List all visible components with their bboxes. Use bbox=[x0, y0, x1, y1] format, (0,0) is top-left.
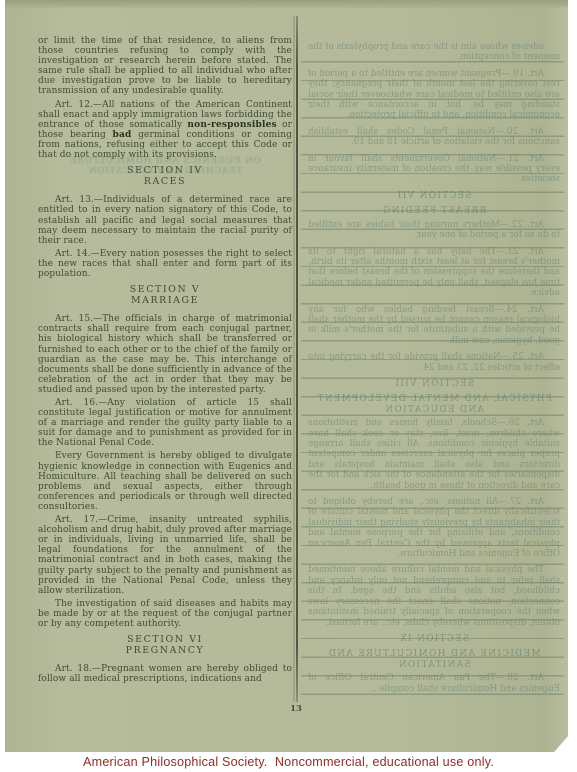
bleed-heading: MEDICINE AND HOMICULTURE AND SANITATION bbox=[308, 649, 560, 670]
paragraph-art13: Art. 13.—Individuals of a determined rac… bbox=[38, 195, 292, 245]
bleed-paragraph: Art. 26.—Schools, family homes and insti… bbox=[308, 418, 560, 491]
bleed-heading: BREAST FEEDING bbox=[308, 206, 560, 216]
bleed-paragraph: Art. 20.—National Penal Codes shall esta… bbox=[308, 127, 560, 148]
art12-bold-bad: bad bbox=[113, 130, 132, 140]
paragraph-art16: Art. 16.—Any violation of article 15 sha… bbox=[38, 398, 292, 448]
left-text-column: or limit the time of that residence, to … bbox=[38, 36, 292, 687]
section6-title: PREGNANCY bbox=[38, 646, 292, 656]
bleed-paragraph: Art. 24.—Breast feeding babies who for a… bbox=[308, 305, 560, 347]
paragraph-art17b: The investigation of said diseases and h… bbox=[38, 599, 292, 629]
art12-bold-non-responsibles: non-responsibles bbox=[187, 120, 276, 130]
bleed-paragraph: The physical and mental culture above me… bbox=[308, 565, 560, 627]
bleed-heading: SECTION VII bbox=[308, 191, 560, 201]
section5-label: SECTION V bbox=[38, 285, 292, 295]
paragraph-art18: Art. 18.—Pregnant women are hereby oblig… bbox=[38, 664, 292, 684]
bleed-paragraph: Art. 23.—The baby has a natural right to… bbox=[308, 247, 560, 299]
bleed-column: advises whose aim is the care and prophy… bbox=[308, 42, 560, 700]
bleed-heading: SECTION VIII bbox=[308, 379, 560, 389]
page-number: 13 bbox=[286, 704, 306, 714]
paragraph-art12: Art. 12.—All nations of the American Con… bbox=[38, 100, 292, 161]
bleed-heading: PHYSICAL AND MENTAL DEVELOPMENT AND EDUC… bbox=[308, 394, 560, 415]
paragraph-art17: Art. 17.—Crime, insanity untreated syphi… bbox=[38, 515, 292, 596]
section4-title: RACES bbox=[38, 177, 292, 187]
section5-title: MARRIAGE bbox=[38, 296, 292, 306]
bleed-paragraph: Art. 21.—National Governments shall favo… bbox=[308, 154, 560, 185]
bleed-paragraph: Art. 27.—All nations, etc., are hereby o… bbox=[308, 497, 560, 559]
paragraph-art16b: Every Government is hereby obliged to di… bbox=[38, 451, 292, 512]
paragraph-art14: Art. 14.—Every nation posesses the right… bbox=[38, 249, 292, 279]
bleed-paragraph: Art. 19.—Pregnant women are entitled to … bbox=[308, 69, 560, 121]
section6-label: SECTION VI bbox=[38, 635, 292, 645]
bleed-paragraph: Art. 22.—Mothers nursing their babies ar… bbox=[308, 220, 560, 241]
bleed-paragraph: advises whose aim is the care and prophy… bbox=[308, 42, 560, 63]
page-fold-line bbox=[296, 16, 298, 702]
bleed-heading: SECTION IX bbox=[308, 634, 560, 644]
caption-bar: American Philosophical Society. Noncomme… bbox=[0, 752, 577, 772]
paragraph-continuation: or limit the time of that residence, to … bbox=[38, 36, 292, 97]
document-page: ON EUGENICS AND HOMICULTURE TEACHING AND… bbox=[5, 0, 568, 752]
archive-caption: American Philosophical Society. Noncomme… bbox=[83, 755, 494, 769]
paragraph-art15: Art. 15.—The officials in charge of matr… bbox=[38, 314, 292, 395]
bleed-paragraph: Art. 25.—Nations shall provide for the c… bbox=[308, 352, 560, 373]
section4-label: SECTION IV bbox=[38, 166, 292, 176]
bleed-paragraph: Art. 28.—The Pan American Central Office… bbox=[308, 673, 560, 694]
